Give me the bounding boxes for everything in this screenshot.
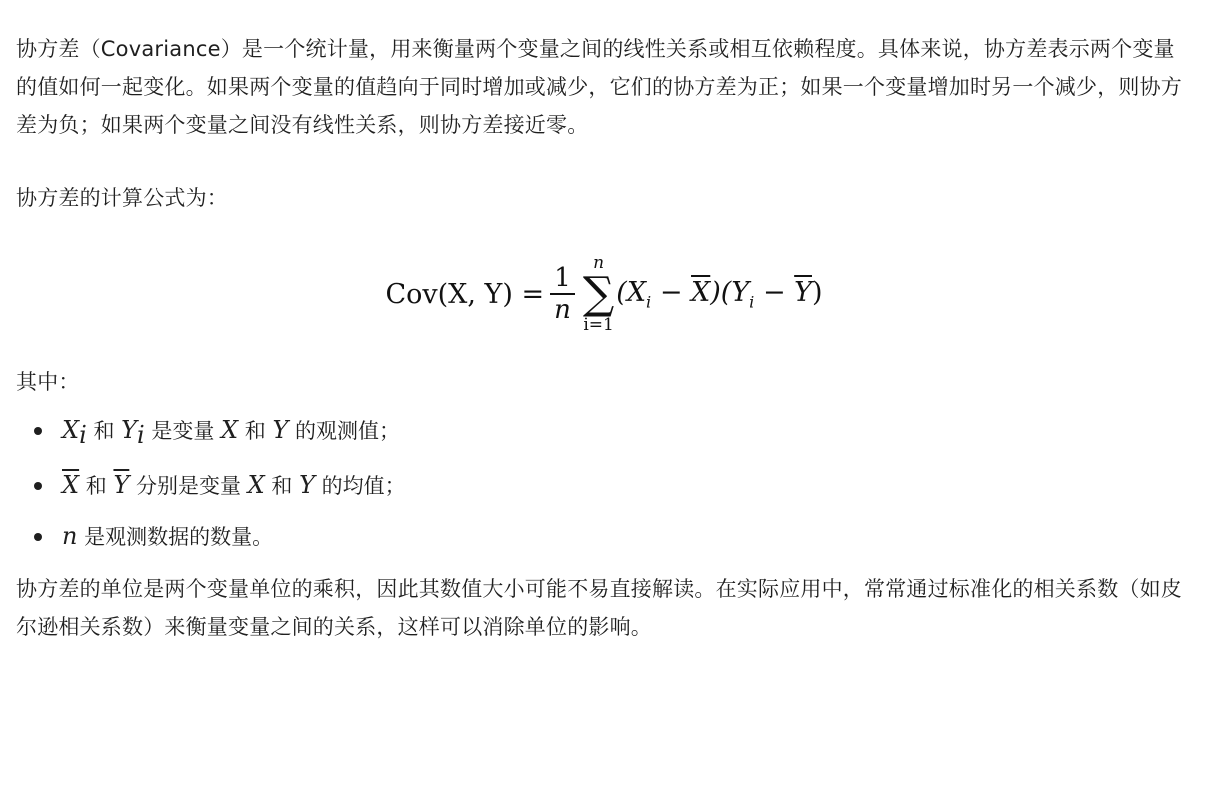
summation: n ∑ i=1	[583, 254, 614, 334]
covariance-formula: Cov(X, Y) = 1 n n ∑ i=1 (Xi − X)(Yi − Y)	[16, 239, 1192, 349]
formula-intro: 协方差的计算公式为：	[16, 179, 1192, 217]
list-item: Xi 和 Yi 是变量 X 和 Y 的观测值；	[62, 411, 1192, 454]
sigma-symbol: ∑	[583, 272, 614, 316]
document: 协方差（Covariance）是一个统计量，用来衡量两个变量之间的线性关系或相互…	[0, 0, 1208, 646]
formula-lhs: Cov(X, Y) =	[385, 279, 544, 310]
where-label: 其中：	[16, 363, 1192, 401]
list-item: X 和 Y 分别是变量 X 和 Y 的均值；	[62, 466, 1192, 505]
formula-rhs: (Xi − X)(Yi − Y)	[616, 277, 822, 311]
list-item: n 是观测数据的数量。	[62, 517, 1192, 556]
bullet-icon	[34, 427, 42, 435]
definitions-list: Xi 和 Yi 是变量 X 和 Y 的观测值； X 和 Y 分别是变量 X 和 …	[16, 411, 1192, 556]
bullet-icon	[34, 533, 42, 541]
fraction: 1 n	[550, 263, 575, 325]
conclusion-paragraph: 协方差的单位是两个变量单位的乘积，因此其数值大小可能不易直接解读。在实际应用中，…	[16, 570, 1192, 646]
intro-paragraph: 协方差（Covariance）是一个统计量，用来衡量两个变量之间的线性关系或相互…	[16, 30, 1192, 144]
bullet-icon	[34, 482, 42, 490]
